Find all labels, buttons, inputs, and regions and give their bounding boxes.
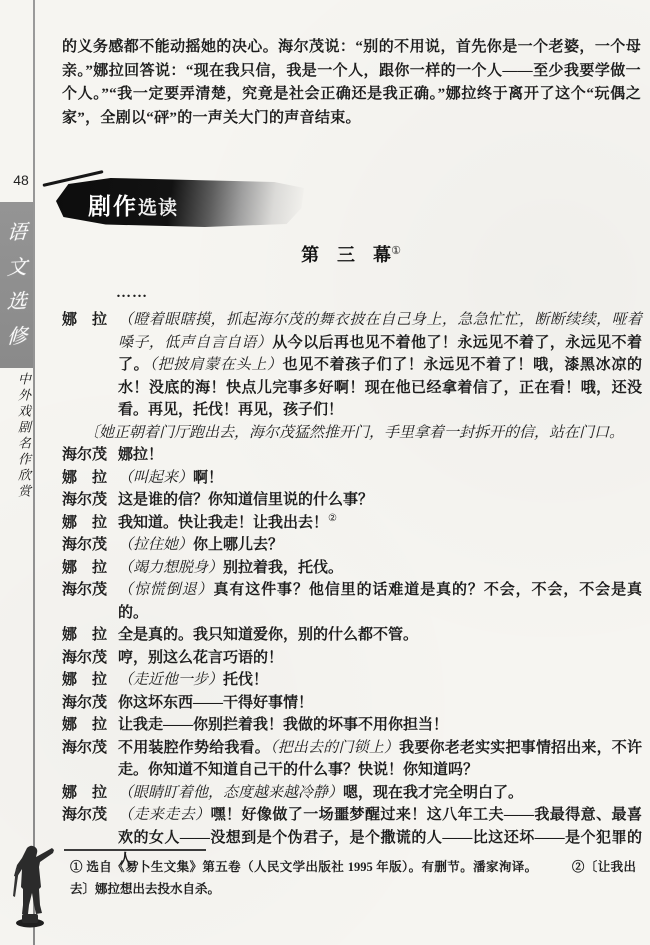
dialogue-row: 海尔茂（拉住她）你上哪儿去？ [62,534,642,557]
speaker-name: 娜 拉 [62,512,107,535]
dialogue-row: 海尔茂你这坏东西——干得好事情！ [62,692,642,715]
speech-text: 托伐！ [223,672,268,688]
dialogue-row: 娜 拉（眼睛盯着他，态度越来越冷静）嗯，现在我才完全明白了。 [62,782,642,805]
speech-text: 娜拉！ [118,447,163,463]
speaker-name: 海尔茂 [62,804,107,827]
dialogue-row: 娜 拉全是真的。我只知道爱你，别的什么都不管。 [62,624,642,647]
stage-direction: （把出去的门锁上） [270,740,399,756]
dialogue-list: 娜 拉（瞪着眼瞎摸，抓起海尔茂的舞衣披在自己身上，急急忙忙，断断续续，哑着嗓子，… [62,309,642,872]
series-title-box: 语 文 选 修 [0,202,33,368]
speaker-name: 娜 拉 [62,624,107,647]
speaker-name: 海尔茂 [62,579,107,602]
stage-direction: （竭力想脱身） [118,560,223,576]
speech-text: 别拉着我，托伐。 [223,560,343,576]
speaker-name: 海尔茂 [62,444,107,467]
footnote-separator [64,849,206,851]
speech-text: 你这坏东西——干得好事情！ [118,695,313,711]
dialogue-row: 娜 拉（叫起来）啊！ [62,467,642,490]
speaker-name: 娜 拉 [62,714,107,737]
stage-direction: （把披肩蒙在头上） [149,357,282,373]
series-subtitle: 中外戏剧名作欣赏 [14,372,33,522]
stage-direction: （眼睛盯着他，态度越来越冷静） [118,785,343,801]
dialogue-row: 娜 拉让我走——你别拦着我！我做的坏事不用你担当！ [62,714,642,737]
speaker-name: 娜 拉 [62,669,107,692]
speaker-name: 海尔茂 [62,489,107,512]
footnote-1: ① 选自《易卜生文集》第五卷（人民文学出版社 1995 年版）。有删节。潘家洵译… [70,860,538,874]
speaker-name: 海尔茂 [62,737,107,760]
series-title-char: 修 [6,327,27,348]
speaker-name: 海尔茂 [62,647,107,670]
speech-text: 让我走——你别拦着我！我做的坏事不用你担当！ [118,717,448,733]
section-banner-sub: 选读 [138,198,178,219]
ellipsis-line: …… [116,285,148,302]
dialogue-row: 娜 拉我知道。快让我走！让我出去！② [62,512,642,535]
speaker-name: 娜 拉 [62,782,107,805]
speech-text: 你上哪儿去？ [193,537,283,553]
speech-text: 哼，别这么花言巧语的！ [118,650,283,666]
series-title-char: 语 [6,222,27,243]
speaker-name: 娜 拉 [62,309,107,332]
speech-text: 不用装腔作势给我看。 [118,740,270,756]
stage-direction: 〔她正朝着门厅跑出去，海尔茂猛然推开门，手里拿着一封拆开的信，站在门口。 [84,425,624,441]
dialogue-row: 海尔茂（惊慌倒退）真有这件事？他信里的话难道是真的？不会，不会，不会是真的。 [62,579,642,624]
footnote-ref-1: ① [391,245,401,257]
dialogue-row: 海尔茂娜拉！ [62,444,642,467]
brush-stroke-icon [42,170,103,187]
section-banner-main: 剧作 [88,193,138,219]
dialogue-row: 海尔茂哼，别这么花言巧语的！ [62,647,642,670]
speech-text: 啊！ [193,470,223,486]
stage-direction: （走来走去） [118,807,211,823]
stage-direction: （拉住她） [118,537,193,553]
act-title-text: 第 三 幕 [301,245,391,265]
speech-text: 嗯，现在我才完全明白了。 [343,785,523,801]
stage-direction: （叫起来） [118,470,193,486]
footnotes: ① 选自《易卜生文集》第五卷（人民文学出版社 1995 年版）。有删节。潘家洵译… [70,857,636,900]
dialogue-row: 海尔茂不用装腔作势给我看。（把出去的门锁上）我要你老老实实把事情招出来，不许走。… [62,737,642,782]
series-title-char: 选 [6,292,27,313]
speaker-name: 海尔茂 [62,692,107,715]
speech-text: 这是谁的信？你知道信里说的什么事？ [118,492,373,508]
footnote-ref-2: ② [328,513,337,524]
speaker-name: 娜 拉 [62,557,107,580]
margin-rule [33,0,35,945]
stage-direction: （惊慌倒退） [118,582,213,598]
series-title-char: 文 [6,257,27,278]
dialogue-row: 海尔茂这是谁的信？你知道信里说的什么事？ [62,489,642,512]
section-banner-label: 剧作选读 [88,188,178,221]
speech-text: 全是真的。我只知道爱你，别的什么都不管。 [118,627,418,643]
dialogue-row: 娜 拉（竭力想脱身）别拉着我，托伐。 [62,557,642,580]
speaker-name: 娜 拉 [62,467,107,490]
stage-direction: （走近他一步） [118,672,223,688]
page-number: 48 [10,172,32,188]
stage-direction-line: 〔她正朝着门厅跑出去，海尔茂猛然推开门，手里拿着一封拆开的信，站在门口。 [62,422,642,445]
textbook-page: 48 语 文 选 修 中外戏剧名作欣赏 的义务感都不能动摇她的决心。海尔茂说：“… [0,0,650,945]
dialogue-row: 娜 拉（走近他一步）托伐！ [62,669,642,692]
section-banner: 剧作选读 [56,177,304,227]
speech-text: 我知道。快让我走！让我出去！ [118,515,328,531]
act-title: 第 三 幕① [62,241,640,267]
speaker-name: 海尔茂 [62,534,107,557]
intro-paragraph: 的义务感都不能动摇她的决心。海尔茂说：“别的不用说，首先你是一个老婆，一个母亲。… [62,36,641,130]
statue-image [9,844,55,932]
dialogue-row: 娜 拉（瞪着眼瞎摸，抓起海尔茂的舞衣披在自己身上，急急忙忙，断断续续，哑着嗓子，… [62,309,642,422]
